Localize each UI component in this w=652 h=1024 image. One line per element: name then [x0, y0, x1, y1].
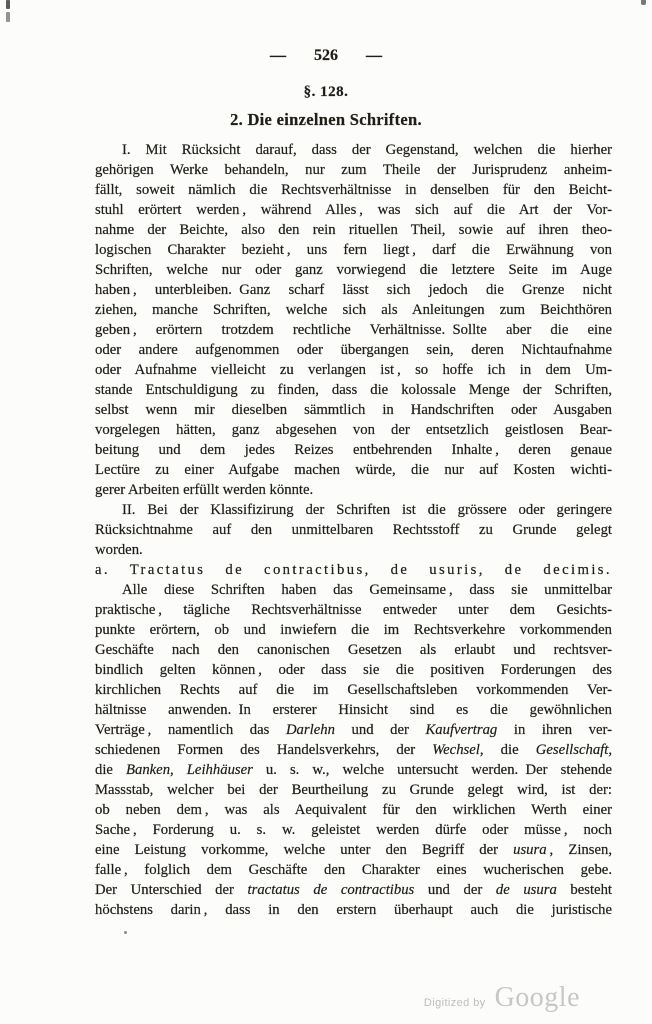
- digitization-watermark: Digitized by Google: [424, 982, 580, 1014]
- text-line: a. Tractatus de contractibus, de usuris,…: [95, 560, 612, 580]
- text-run: nahme der Beichte, also den rein rituell…: [95, 222, 612, 238]
- text-run: a. Tractatus de contractibus, de usuris,…: [95, 562, 612, 578]
- page-number: 526: [314, 47, 338, 65]
- text-line: Sache , Forderung u. s. w. geleistet wer…: [95, 820, 612, 840]
- subsection-heading-a: a. Tractatus de contractibus, de usuris,…: [95, 560, 612, 580]
- text-run: in ihren ver-: [497, 722, 612, 738]
- scan-artifact-top-right: [641, 0, 646, 5]
- text-run: eine Leistung vorkomme, welche unter den…: [95, 842, 513, 858]
- text-line: Alle diese Schriften haben das Gemeinsam…: [95, 580, 612, 600]
- text-run: ziehen, manche Schriften, welche sich al…: [95, 302, 612, 318]
- text-line: punkte erörtern, ob und inwiefern die im…: [95, 620, 612, 640]
- section-mark: §. 128.: [0, 84, 652, 101]
- text-line: Lectüre zu einer Aufgabe machen würde, d…: [95, 460, 612, 480]
- text-line: gerer Arbeiten erfüllt werden könnte.: [95, 480, 612, 500]
- body-text: I. Mit Rücksicht darauf, dass der Gegens…: [95, 140, 612, 920]
- text-run: Verträge , namentlich das: [95, 722, 286, 738]
- text-line: fällt, soweit nämlich die Rechtsverhältn…: [95, 180, 612, 200]
- text-run: bindlich gelten können , oder dass sie d…: [95, 662, 612, 678]
- text-line: oder andere aufgenommen oder übergangen …: [95, 340, 612, 360]
- text-line: haben , unterbleiben. Ganz scharf lässt …: [95, 280, 612, 300]
- page-number-row: — 526 —: [0, 47, 652, 65]
- italic-text: Gesellschaft,: [536, 742, 612, 758]
- text-run: u. s. w., welche untersucht werden. Der …: [253, 762, 612, 778]
- text-run: hältnisse anwenden. In ersterer Hinsicht…: [95, 702, 612, 718]
- text-run: oder andere aufgenommen oder übergangen …: [95, 342, 612, 358]
- text-line: Massstab, welcher bei der Beurtheilung z…: [95, 780, 612, 800]
- text-run: höchstens darin , dass in den erstern üb…: [95, 902, 612, 918]
- text-line: die Banken, Leihhäuser u. s. w., welche …: [95, 760, 612, 780]
- text-line: stuhl erörtert werden , während Alles , …: [95, 200, 612, 220]
- text-line: stande Entschuldigung zu finden, dass di…: [95, 380, 612, 400]
- italic-text: Banken,: [126, 762, 174, 778]
- text-line: ziehen, manche Schriften, welche sich al…: [95, 300, 612, 320]
- scan-artifact-top-left: [6, 0, 10, 9]
- text-line: II. Bei der Klassifizirung der Schriften…: [95, 500, 612, 520]
- text-run: beitung und dem jedes Reizes entbehrende…: [95, 442, 612, 458]
- text-run: Alle diese Schriften haben das Gemeinsam…: [122, 582, 612, 598]
- text-line: Geschäfte nach den canonischen Gesetzen …: [95, 640, 612, 660]
- text-run: Sache , Forderung u. s. w. geleistet wer…: [95, 822, 612, 838]
- italic-text: Kaufvertrag: [425, 722, 497, 738]
- italic-text: Leihhäuser: [187, 762, 253, 778]
- text-line: vorgelegen hätten, ganz abgesehen von de…: [95, 420, 612, 440]
- italic-text: Darlehn: [286, 722, 335, 738]
- text-run: stuhl erörtert werden , während Alles , …: [95, 202, 612, 218]
- text-run: ob neben dem , was als Aequivalent für d…: [95, 802, 612, 818]
- text-run: vorgelegen hätten, ganz abgesehen von de…: [95, 422, 612, 438]
- text-line: Schriften, welche nur oder ganz vorwiege…: [95, 260, 612, 280]
- text-run: punkte erörtern, ob und inwiefern die im…: [95, 622, 612, 638]
- text-run: oder Aufnahme vielleicht zu verlangen is…: [95, 362, 612, 378]
- text-line: höchstens darin , dass in den erstern üb…: [95, 900, 612, 920]
- text-line: schiedenen Formen des Handelsverkehrs, d…: [95, 740, 612, 760]
- text-run: stande Entschuldigung zu finden, dass di…: [95, 382, 612, 398]
- text-line: ob neben dem , was als Aequivalent für d…: [95, 800, 612, 820]
- text-run: gerer Arbeiten erfüllt werden könnte.: [95, 482, 313, 498]
- text-line: I. Mit Rücksicht darauf, dass der Gegens…: [95, 140, 612, 160]
- google-logo: Google: [495, 982, 580, 1014]
- text-run: logischen Charakter bezieht , uns fern l…: [95, 242, 612, 258]
- paragraph-a: Alle diese Schriften haben das Gemeinsam…: [95, 580, 612, 920]
- text-run: besteht: [557, 882, 612, 898]
- text-run: kirchlichen Rechts auf die im Gesellscha…: [95, 682, 612, 698]
- text-run: [174, 762, 187, 778]
- watermark-prefix: Digitized by: [424, 997, 486, 1009]
- text-run: haben , unterbleiben. Ganz scharf lässt …: [95, 282, 612, 298]
- text-run: , die: [480, 742, 536, 758]
- text-run: und der: [414, 882, 496, 898]
- text-line: gehörigen Werke behandeln, nur zum Theil…: [95, 160, 612, 180]
- text-run: , Zinsen,: [547, 842, 612, 858]
- text-line: logischen Charakter bezieht , uns fern l…: [95, 240, 612, 260]
- text-run: fällt, soweit nämlich die Rechtsverhältn…: [95, 182, 612, 198]
- text-run: die: [95, 762, 126, 778]
- text-run: schiedenen Formen des Handelsverkehrs, d…: [95, 742, 432, 758]
- italic-text: tractatus de contractibus: [248, 882, 415, 898]
- text-line: worden.: [95, 540, 612, 560]
- text-run: gehörigen Werke behandeln, nur zum Theil…: [95, 162, 612, 178]
- text-line: oder Aufnahme vielleicht zu verlangen is…: [95, 360, 612, 380]
- italic-text: de usura: [496, 882, 557, 898]
- chapter-heading: 2. Die einzelnen Schriften.: [0, 110, 652, 130]
- text-line: kirchlichen Rechts auf die im Gesellscha…: [95, 680, 612, 700]
- text-run: und der: [335, 722, 426, 738]
- text-run: Der Unterschied der: [95, 882, 248, 898]
- paragraph-i: I. Mit Rücksicht darauf, dass der Gegens…: [95, 140, 612, 500]
- text-line: hältnisse anwenden. In ersterer Hinsicht…: [95, 700, 612, 720]
- text-line: Der Unterschied der tractatus de contrac…: [95, 880, 612, 900]
- text-line: eine Leistung vorkomme, welche unter den…: [95, 840, 612, 860]
- text-run: II. Bei der Klassifizirung der Schriften…: [122, 502, 612, 518]
- text-line: falle , folglich dem Geschäfte den Chara…: [95, 860, 612, 880]
- text-line: geben , erörtern trotzdem rechtliche Ver…: [95, 320, 612, 340]
- text-run: I. Mit Rücksicht darauf, dass der Gegens…: [122, 142, 612, 158]
- scan-artifact-dot: [124, 931, 127, 934]
- scanned-book-page: — 526 — §. 128. 2. Die einzelnen Schrift…: [0, 0, 652, 1024]
- text-line: Verträge , namentlich das Darlehn und de…: [95, 720, 612, 740]
- text-run: Rücksichtnahme auf den unmittelbaren Rec…: [95, 522, 612, 538]
- text-line: Rücksichtnahme auf den unmittelbaren Rec…: [95, 520, 612, 540]
- text-line: nahme der Beichte, also den rein rituell…: [95, 220, 612, 240]
- text-line: beitung und dem jedes Reizes entbehrende…: [95, 440, 612, 460]
- page-number-dash-left: —: [270, 47, 286, 65]
- text-run: selbst wenn mir dieselben sämmtlich in H…: [95, 402, 612, 418]
- text-run: praktische , tägliche Rechtsverhältnisse…: [95, 602, 612, 618]
- text-run: falle , folglich dem Geschäfte den Chara…: [95, 862, 612, 878]
- text-line: praktische , tägliche Rechtsverhältnisse…: [95, 600, 612, 620]
- text-line: bindlich gelten können , oder dass sie d…: [95, 660, 612, 680]
- text-run: Massstab, welcher bei der Beurtheilung z…: [95, 782, 612, 798]
- italic-text: usura: [513, 842, 546, 858]
- text-run: Schriften, welche nur oder ganz vorwiege…: [95, 262, 612, 278]
- text-run: Geschäfte nach den canonischen Gesetzen …: [95, 642, 612, 658]
- text-line: selbst wenn mir dieselben sämmtlich in H…: [95, 400, 612, 420]
- text-run: Lectüre zu einer Aufgabe machen würde, d…: [95, 462, 612, 478]
- italic-text: Wechsel: [432, 742, 480, 758]
- page-number-dash-right: —: [366, 47, 382, 65]
- scan-artifact-top-left-2: [6, 12, 10, 22]
- paragraph-ii: II. Bei der Klassifizirung der Schriften…: [95, 500, 612, 560]
- text-run: geben , erörtern trotzdem rechtliche Ver…: [95, 322, 612, 338]
- text-run: worden.: [95, 542, 143, 558]
